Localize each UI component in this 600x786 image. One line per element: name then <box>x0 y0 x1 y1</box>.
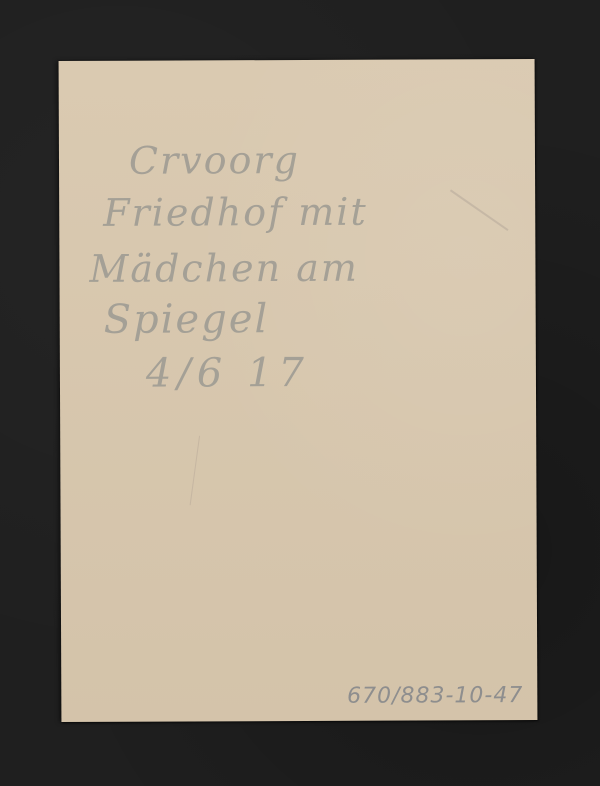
handwritten-line-4: Spiegel <box>104 296 270 343</box>
photo-card-verso: Crvoorg Friedhof mit Mädchen am Spiegel … <box>59 59 538 722</box>
handwritten-line-3: Mädchen am <box>89 246 359 291</box>
handwritten-line-1: Crvoorg <box>129 138 300 183</box>
archive-inventory-number: 670/883-10-47 <box>347 683 523 709</box>
paper-crease-mark <box>450 189 509 231</box>
faint-pencil-mark <box>190 436 200 505</box>
handwritten-line-2: Friedhof mit <box>103 190 368 235</box>
handwritten-date: 4/6 17 <box>146 350 310 397</box>
